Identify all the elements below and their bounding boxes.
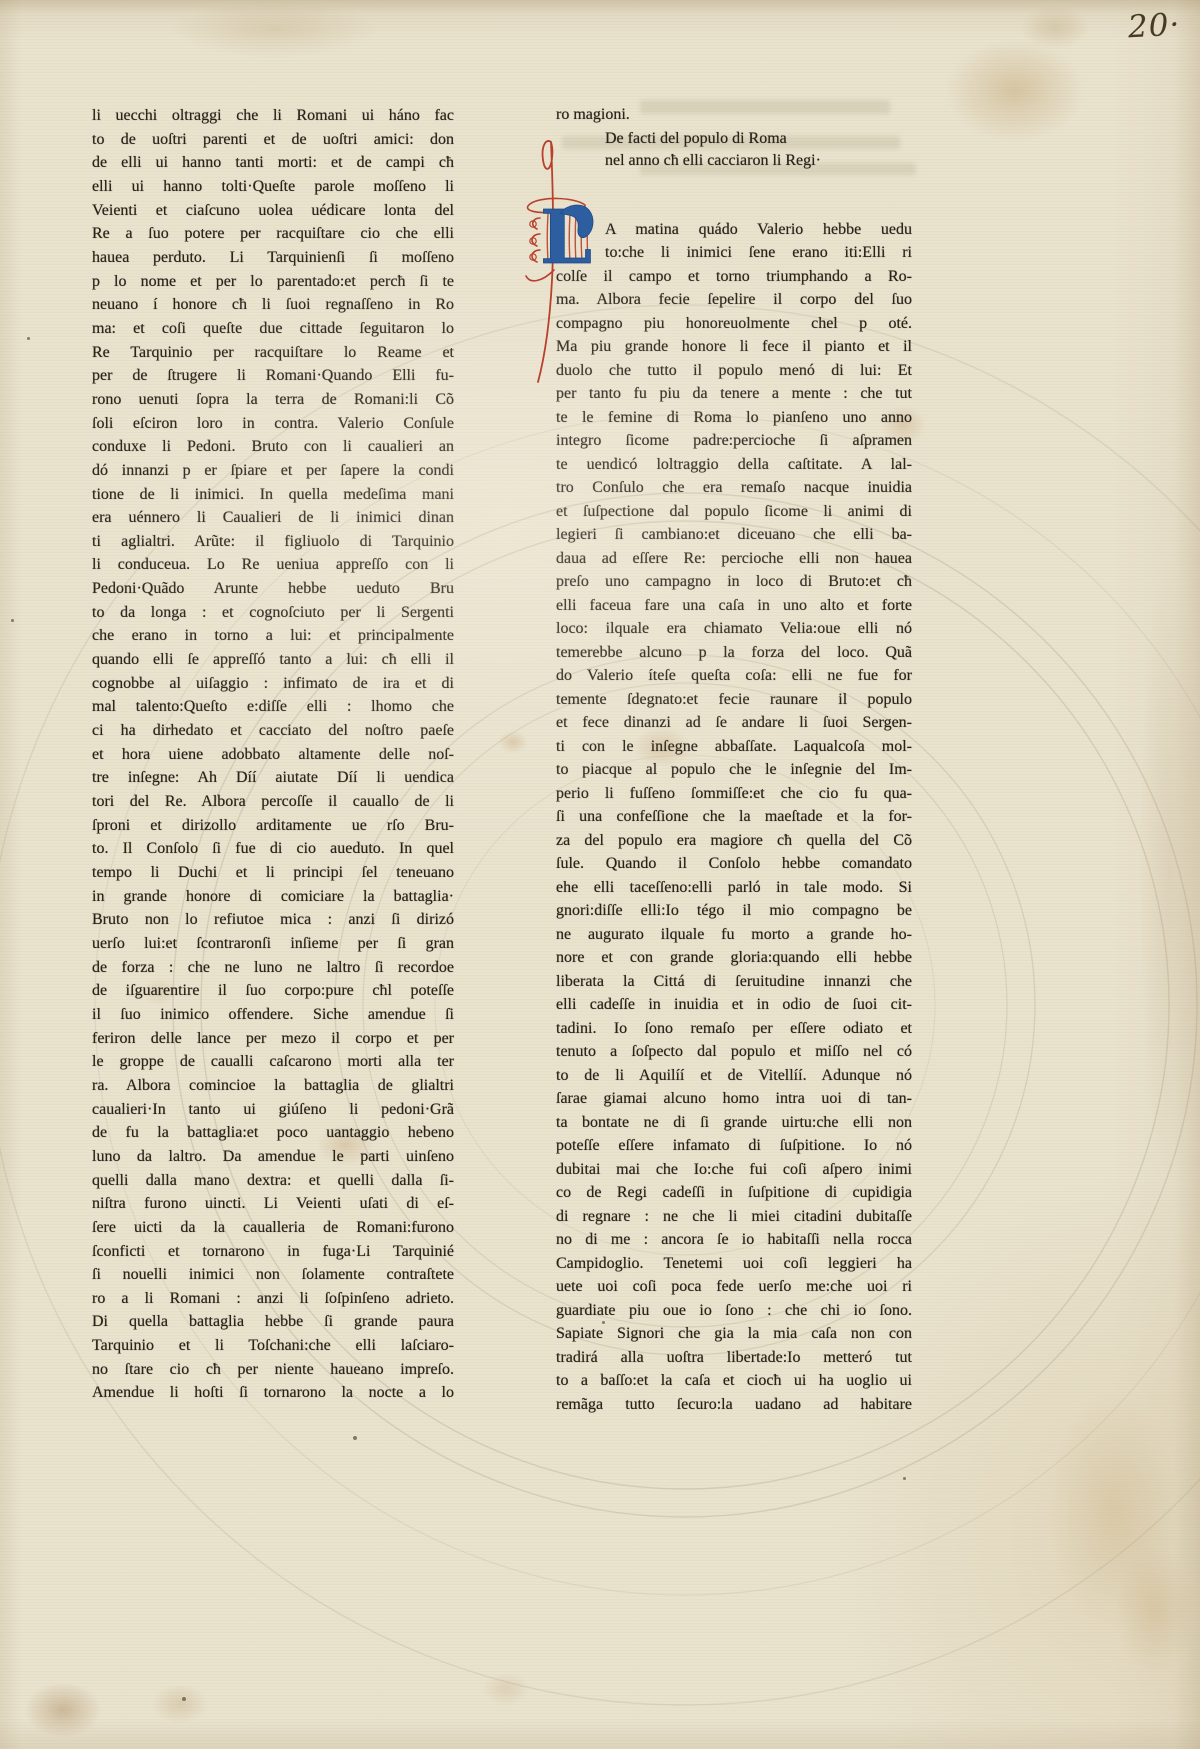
text-line: elli faceua fare una caſa in uno alto et… <box>556 594 912 618</box>
heading-line: De facti del populo di Roma <box>556 128 912 150</box>
text-line: in grande honore di comiciare la battagl… <box>92 885 454 909</box>
right-text-column: ro magioni. De facti del populo di Roman… <box>556 104 912 1416</box>
text-line: loco: ilquale era chiamato Velia:oue ell… <box>556 617 912 641</box>
book-page: 20· li uecchi oltraggi che li Romani ui … <box>0 0 1200 1749</box>
text-line: niſtra furono uincti. Li Veienti uſati d… <box>92 1192 454 1216</box>
text-line: de forza : che ne luno ne laltro ſi reco… <box>92 956 454 980</box>
text-line: de elli ui hanno tanti morti: et de camp… <box>92 151 454 175</box>
text-line: p lo nome et per lo parentado:et percħ ſ… <box>92 270 454 294</box>
text-line: per tanto fu piu da tenere a mente : che… <box>556 382 912 406</box>
text-line: nore et con grande gloria:quando elli he… <box>556 946 912 970</box>
ink-speck <box>182 1697 186 1701</box>
text-line: te le femine di Roma lo pianſeno uno ann… <box>556 406 912 430</box>
text-line: ſi nouelli inimici non ſolamente contraſ… <box>92 1263 454 1287</box>
text-line: to da longa : et cognoſciuto per li Serg… <box>92 601 454 625</box>
text-line: era uénnero li Caualieri de li inimici d… <box>92 506 454 530</box>
text-line: to. Il Conſolo ſi fue di cio aueduto. In… <box>92 837 454 861</box>
text-line: uerſo lui:et ſcontraronſi inſieme per ſi… <box>92 932 454 956</box>
text-line: quando elli ſe appreſſó tanto a lui: cħ … <box>92 648 454 672</box>
ink-speck <box>27 337 30 340</box>
text-line: ſarae giamai alcuno homo intra uoi di ta… <box>556 1087 912 1111</box>
text-line: elli cadeſſe in inuidia et in odio de ſu… <box>556 993 912 1017</box>
text-line: ſoli eſciron loro in contra. Valerio Con… <box>92 412 454 436</box>
text-line: ro a li Romani : anzi li ſoſpinſeno adri… <box>92 1287 454 1311</box>
text-line: rono uenuti ſopra la terra de Romani:li … <box>92 388 454 412</box>
text-line: legieri ſi cambiano:et diceuano che elli… <box>556 523 912 547</box>
text-line: daua ad eſſere Re: percioche elli non ha… <box>556 547 912 571</box>
text-line: Pedoni·Quãdo Arunte hebbe ueduto Bru <box>92 577 454 601</box>
text-line: de fu la battaglia:et poco uantaggio heb… <box>92 1121 454 1145</box>
text-line: ſconficti et tornarono in fuga·Li Tarqui… <box>92 1240 454 1264</box>
text-line: preſo uno campagno in loco di Bruto:et c… <box>556 570 912 594</box>
text-line: hauea perduto. Li Tarquinienſi ſi moſſen… <box>92 246 454 270</box>
text-line: ne augurato ilquale fu morto a grande ho… <box>556 923 912 947</box>
text-line: tempo li Duchi et li principi ſel teneua… <box>92 861 454 885</box>
text-line: tenuto a ſoſpecto dal populo et miſſo ne… <box>556 1040 912 1064</box>
text-line: gnori:diſſe elli:Io tégo il mio compagno… <box>556 899 912 923</box>
text-line: compagno piu honoreuolmente chel p oté. <box>556 312 912 336</box>
text-line: caualieri·In tanto ui giúſeno li pedoni·… <box>92 1098 454 1122</box>
text-line: Re Tarquinio per racquiſtare lo Reame et <box>92 341 454 365</box>
text-line: et ſuſpectione dal populo ſicome li anim… <box>556 500 912 524</box>
text-line: ti con le inſegne abbaſſate. Laqualcoſa … <box>556 735 912 759</box>
text-line: guardiate piu oue io ſono : che chi io ſ… <box>556 1299 912 1323</box>
text-line: integro ſicome padre:percioche ſi aſpram… <box>556 429 912 453</box>
text-line: tradirá alla uoſtra libertade:Io metteró… <box>556 1346 912 1370</box>
carryover-line: ro magioni. <box>556 104 912 126</box>
text-line: li uecchi oltraggi che li Romani ui háno… <box>92 104 454 128</box>
text-line: ti aglialtri. Arũte: il figliuolo di Tar… <box>92 530 454 554</box>
text-line: colſe il campo et torno triumphando a Ro… <box>556 265 912 289</box>
text-line: elli ui hanno tolti·Queſte parole moſſen… <box>92 175 454 199</box>
text-line: per de ſtrugere li Romani·Quando Elli fu… <box>92 364 454 388</box>
text-line: Tarquinio et li Toſchani:che elli laſcia… <box>92 1334 454 1358</box>
text-line: A matina quádo Valerio hebbe uedu <box>556 218 912 242</box>
ink-speck <box>11 619 14 622</box>
text-line: Di quella battaglia hebbe ſi grande paur… <box>92 1310 454 1334</box>
text-line: remãga tutto ſecuro:la uadano ad habitar… <box>556 1393 912 1417</box>
text-line: il ſuo inimico offendere. Siche amendue … <box>92 1003 454 1027</box>
text-line: Ma piu grande honore li fece il pianto e… <box>556 335 912 359</box>
text-line: ma. Albora fecie ſepelire il corpo del ſ… <box>556 288 912 312</box>
text-line: to de li Aquilíí et de Vitellíí. Adunque… <box>556 1064 912 1088</box>
text-line: cognobbe al uiſaggio : infimato de ira e… <box>92 672 454 696</box>
text-line: tro Conſulo che era remaſo nacque inuidi… <box>556 476 912 500</box>
text-line: che erano in torno a lui: et principalme… <box>92 624 454 648</box>
text-line: mal talento:Queſto e:diſſe elli : lhomo … <box>92 695 454 719</box>
text-line: no di me : ancora ſe io habitaſſi nella … <box>556 1228 912 1252</box>
left-text-column: li uecchi oltraggi che li Romani ui háno… <box>92 104 454 1405</box>
heading-line: nel anno cħ elli cacciaron li Regi· <box>556 150 912 172</box>
text-line: dubitai mai che Io:che fui coſi aſpero i… <box>556 1158 912 1182</box>
text-line: ma: et coſi queſte due cittade ſeguitaro… <box>92 317 454 341</box>
text-line: co de Regi cadeſſi in ſuſpitione di cupi… <box>556 1181 912 1205</box>
text-line: ſere uicti da la caualleria de Romani:fu… <box>92 1216 454 1240</box>
text-line: to de uoſtri parenti et de uoſtri amici:… <box>92 128 454 152</box>
text-line: Re a ſuo potere per racquiſtare cio che … <box>92 222 454 246</box>
text-line: duolo che tutto il populo menó di lui: E… <box>556 359 912 383</box>
text-line: tre inſegne: Ah Díí aiutate Díí li uendi… <box>92 766 454 790</box>
text-line: perio li fuſſeno ſommiſſe:et che cio fu … <box>556 782 912 806</box>
text-line: to a baſſo:et la caſa et ciocħ ui ha uog… <box>556 1369 912 1393</box>
text-line: luno da laltro. Da amendue le parti uinſ… <box>92 1145 454 1169</box>
chapter-body: A matina quádo Valerio hebbe ueduto:che … <box>556 218 912 1417</box>
text-line: Amendue li hoſti ſi tornarono la nocte a… <box>92 1381 454 1405</box>
text-line: Sapiate Signori che gia la mia caſa non … <box>556 1322 912 1346</box>
page-number: 20· <box>1127 7 1181 46</box>
text-line: ci ha dirhedato et cacciato del noſtro p… <box>92 719 454 743</box>
ink-speck <box>353 1436 357 1440</box>
text-line: conduxe li Pedoni. Bruto con li caualier… <box>92 435 454 459</box>
text-line: Veienti et ciaſcuno uolea uédicare lonta… <box>92 199 454 223</box>
text-line: quelli dalla mano dextra: et quelli dall… <box>92 1169 454 1193</box>
text-line: Bruto non lo refiutoe mica : anzi ſi dir… <box>92 908 454 932</box>
text-line: le groppe de caualli caſcarono morti all… <box>92 1050 454 1074</box>
text-line: liberata la Cittá di ſeruitudine innanzi… <box>556 970 912 994</box>
text-line: ſproni et dirizollo arditamente ue rſo B… <box>92 814 454 838</box>
chapter-heading: De facti del populo di Romanel anno cħ e… <box>556 128 912 173</box>
text-line: uete uoi coſi poca fede uerſo me:che uoi… <box>556 1275 912 1299</box>
text-line: to piacque al populo che le inſegnie del… <box>556 758 912 782</box>
text-line: ra. Albora comincioe la battaglia de gli… <box>92 1074 454 1098</box>
text-line: ſi una confeſſione che la maeſtade et la… <box>556 805 912 829</box>
text-line: et fece dinanzi ad ſe andare li ſuoi Ser… <box>556 711 912 735</box>
text-line: te uendicó loltraggio della caſtitate. A… <box>556 453 912 477</box>
text-line: poteſſe eſſere infamato di ſuſpitione. I… <box>556 1134 912 1158</box>
text-line: ta bontate ne di ſi grande uirtu:che ell… <box>556 1111 912 1135</box>
text-line: temerebbe alcuno p la forza del loco. Qu… <box>556 641 912 665</box>
text-line: di regnare : ne che li miei citadini dub… <box>556 1205 912 1229</box>
text-line: tori del Re. Albora percoſſe il cauallo … <box>92 790 454 814</box>
text-line: neuano í honore cħ li ſuoi regnaſſeno in… <box>92 293 454 317</box>
text-line: ſule. Quando il Conſolo hebbe comandato <box>556 852 912 876</box>
text-line: li conduceua. Lo Re ueniua appreſſo con … <box>92 553 454 577</box>
ink-speck <box>903 1477 906 1480</box>
text-line: Campidoglio. Tenetemi uoi coſi leggieri … <box>556 1252 912 1276</box>
text-line: tione de li inimici. In quella medeſima … <box>92 483 454 507</box>
text-line: et hora uiene adobbato altamente delle n… <box>92 743 454 767</box>
text-line: to:che li inimici ſene erano iti:Elli ri <box>556 241 912 265</box>
text-line: ehe elli taceſſeno:elli parló in tale mo… <box>556 876 912 900</box>
text-line: za del populo era magiore cħ quella del … <box>556 829 912 853</box>
text-line: no ſtare cio cħ per niente haueano impre… <box>92 1358 454 1382</box>
text-line: dó innanzi p er ſpiare et per ſapere la … <box>92 459 454 483</box>
text-line: temente ſdegnato:et fecie raunare il pop… <box>556 688 912 712</box>
text-line: de iſguarentire il ſuo corpo:pure cħl po… <box>92 979 454 1003</box>
text-line: feriron delle lance per mezo il corpo et… <box>92 1027 454 1051</box>
text-line: tadini. Io ſono remaſo per eſſere odiato… <box>556 1017 912 1041</box>
text-line: do Valerio íteſe queſta coſa: elli ne fu… <box>556 664 912 688</box>
